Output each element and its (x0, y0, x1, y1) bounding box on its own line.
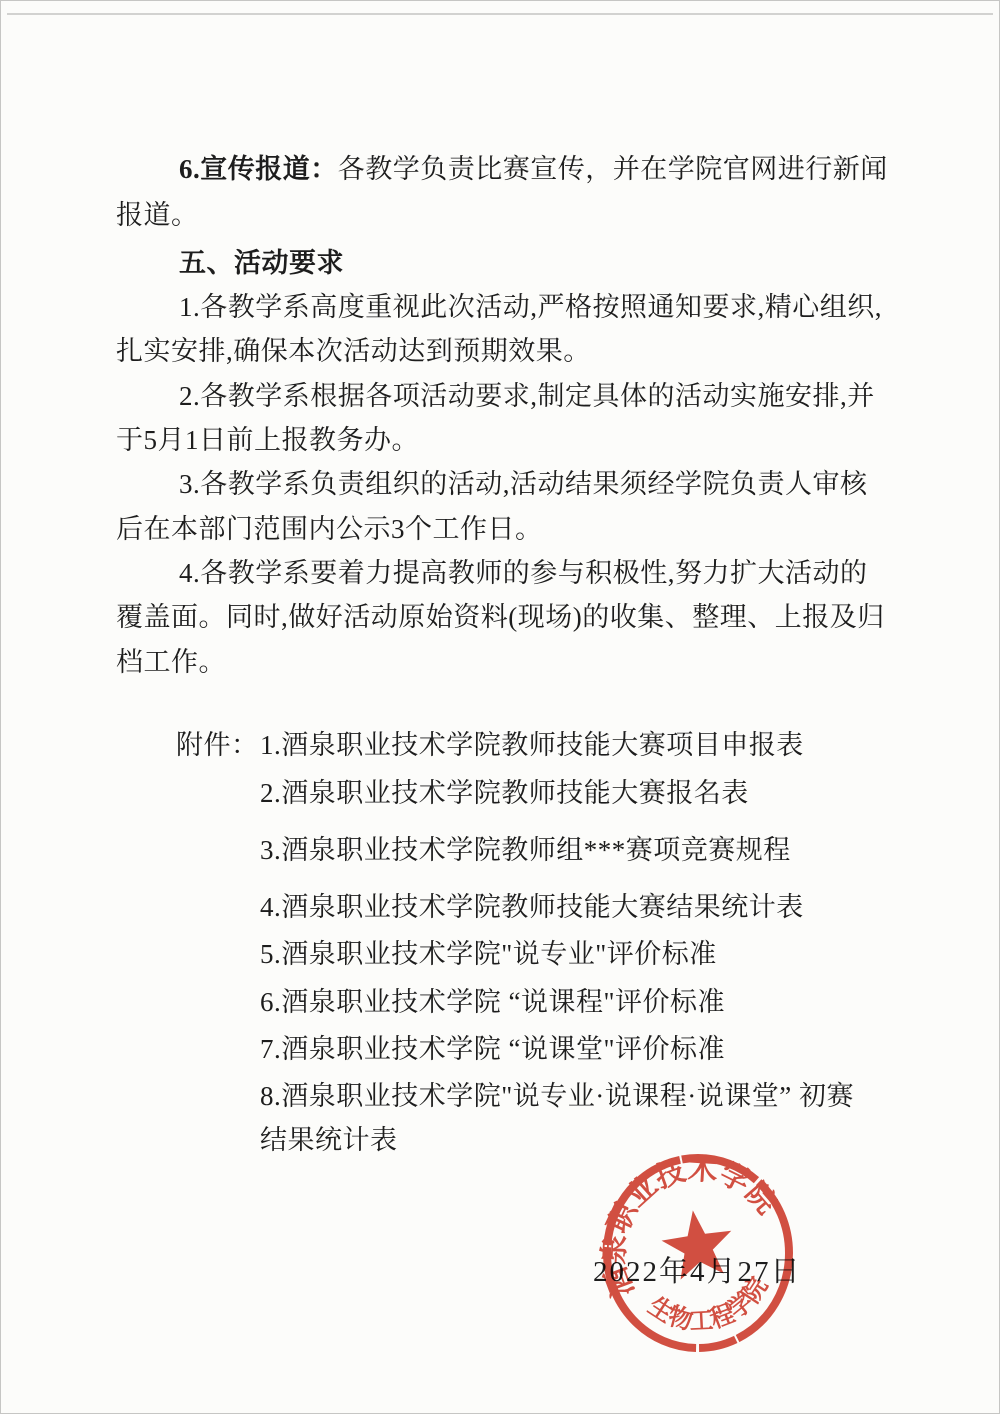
attachment-item-4: 4.酒泉职业技术学院教师技能大赛结果统计表 (260, 890, 1000, 924)
req1-line1: 1.各教学系高度重视此次活动,严格按照通知要求,精心组织, (179, 290, 969, 324)
attachment-item-5: 5.酒泉职业技术学院"说专业"评价标准 (260, 937, 1000, 971)
req4-line3: 档工作。 (116, 645, 906, 679)
attachment-item-2: 2.酒泉职业技术学院教师技能大赛报名表 (260, 776, 1000, 810)
attachment-item-1: 1.酒泉职业技术学院教师技能大赛项目申报表 (260, 728, 1000, 762)
req4-line1: 4.各教学系要着力提高教师的参与积极性,努力扩大活动的 (179, 556, 969, 590)
attachment-item-8-line1: 8.酒泉职业技术学院"说专业·说课程·说课堂” 初赛 (260, 1079, 1000, 1113)
attachment-item-6: 6.酒泉职业技术学院 “说课程"评价标准 (260, 985, 1000, 1019)
para-publicity-text: 各教学负责比赛宣传，并在学院官网进行新闻 (338, 154, 888, 184)
req2-line2: 于5月1日前上报教务办。 (116, 423, 906, 457)
req3-line1: 3.各教学系负责组织的活动,活动结果须经学院负责人审核 (179, 467, 969, 501)
scanned-document-page: 6.宣传报道：各教学负责比赛宣传，并在学院官网进行新闻 报道。 五、活动要求 1… (0, 0, 1000, 1414)
seal-star-icon (658, 1205, 737, 1281)
req2-line1: 2.各教学系根据各项活动要求,制定具体的活动实施安排,并 (179, 379, 969, 413)
section-title: 五、活动要求 (179, 246, 969, 280)
para-publicity-line1: 6.宣传报道：各教学负责比赛宣传，并在学院官网进行新闻 (179, 152, 969, 186)
req4-line2: 覆盖面。同时,做好活动原始资料(现场)的收集、整理、上报及归 (116, 600, 906, 634)
para-publicity-label: 6.宣传报道： (179, 154, 338, 184)
req1-line2: 扎实安排,确保本次活动达到预期效果。 (116, 334, 906, 368)
official-seal-stamp: 酒泉职业技术学院 生物工程学院 (597, 1150, 799, 1358)
attachment-item-3: 3.酒泉职业技术学院教师组***赛项竞赛规程 (260, 833, 1000, 867)
para-publicity-line2: 报道。 (116, 198, 906, 232)
attachment-item-7: 7.酒泉职业技术学院 “说课堂"评价标准 (260, 1032, 1000, 1066)
scan-top-rule (7, 13, 993, 15)
req3-line2: 后在本部门范围内公示3个工作日。 (116, 512, 906, 546)
